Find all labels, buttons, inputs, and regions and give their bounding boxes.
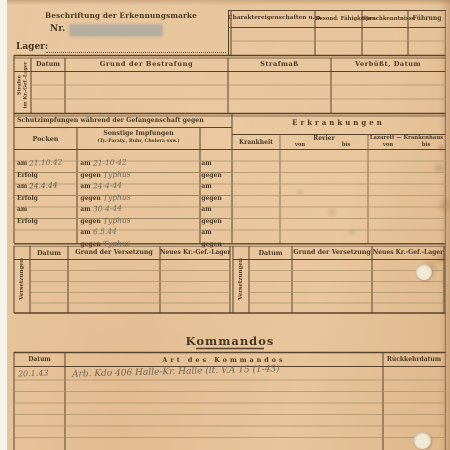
strafen-col-strafmass: Strafmaß [228,60,331,68]
impfung-row-4: Erfolg gegenTyphus gegen [14,185,232,197]
punch-hole-bottom [414,432,431,449]
kommandos-col-datum: Datum [14,356,65,363]
pow-record-card-scan: Beschriftung der Erkennungsmarke Nr. Lag… [0,0,450,450]
impfung-row-2: Erfolg gegenTyphus gegen [14,162,232,174]
versetzungen-right-col-grund: Grund der Versetzung [292,249,372,256]
impfung-row-3: am24.4.44 am24-4-44 am [14,173,232,185]
handwritten-disease: Typhus [103,238,131,248]
strafen-col-grund: Grund der Bestrafung [65,60,228,68]
kommando-entry-date: 20.1.43 [18,368,49,378]
impfung-row-6: Erfolg gegenTyphus gegen [14,208,232,220]
versetzungen-left-side-label: Versetzungen [14,246,30,312]
impfungen-title: Schutzimpfungen während der Gefangenscha… [17,117,204,124]
erkrankungen-col-lazarett: Lazarett — Krankenhaus [368,135,445,141]
strafen-col-verbuesst: Verbüßt, Datum [331,60,445,68]
impfung-row-1: am21.10.42 am21-10-42 am [14,150,232,162]
lazarett-von-label: von [378,142,398,148]
punch-hole-top [416,264,432,280]
versetzungen-left-col-datum: Datum [30,249,68,257]
col-besond-faehigkeiten: Besond. Fähigkeiten [315,16,362,22]
impfung-row-7: am6.5.44 am [14,219,232,231]
col-fuehrung: Führung [408,15,446,22]
erkennungsmarke-number-redacted [70,25,162,36]
kommandos-col-rueckkehrdatum: Rückkehrdatum [383,356,445,363]
col-sprachkenntnisse: Sprachkenntnisse [362,16,408,22]
impfungen-col-pocken: Pocken [14,135,77,143]
lager-label: Lager: [16,42,48,52]
printed-gegen: gegen [80,241,100,248]
lazarett-bis-label: bis [416,142,436,148]
versetzungen-left-col-grund: Grund der Versetzung [68,249,160,256]
erkrankungen-col-revier: Revier [280,135,368,142]
lager-blank-line [46,44,226,53]
versetzungen-right-col-datum: Datum [249,249,292,257]
printed-gegen: gegen [201,241,221,248]
nr-label: Nr. [50,24,65,34]
impfung-row-8: gegenTyphus gegen [14,231,232,243]
col-charaktereigenschaften: Charaktereigenschaften u. a. [228,15,315,21]
erkrankungen-col-krankheit: Krankheit [232,139,280,146]
versetzungen-right-col-neues-lager: Neues Kr.-Gef.-Lager [372,249,444,256]
revier-bis-label: bis [336,142,356,148]
strafen-side-label: Strafen im Kr.-Gef.-Lager [14,57,32,114]
impfungen-col-sonstige-sub: (Ty.-Paraty., Ruhr, Cholera usw.) [77,139,200,144]
versetzungen-right-side-label: Versetzungen [233,246,249,312]
erkennungsmarke-heading: Beschriftung der Erkennungsmarke [14,11,228,20]
kommandos-title: Kommandos [155,334,305,348]
erkrankungen-title: Erkrankungen [232,118,445,127]
strafen-side-line2: im Kr.-Gef.-Lager [23,62,29,109]
strafen-col-datum: Datum [31,60,65,68]
impfung-row-5: am am30-4-44 am [14,196,232,208]
kommandos-col-art: Art des Kommandos [65,356,383,364]
revier-von-label: von [290,142,310,148]
versetzungen-left-col-neues-lager: Neues Kr.-Gef.-Lager [160,249,230,256]
impfungen-col-sonstige: Sonstige Impfungen [77,130,200,137]
